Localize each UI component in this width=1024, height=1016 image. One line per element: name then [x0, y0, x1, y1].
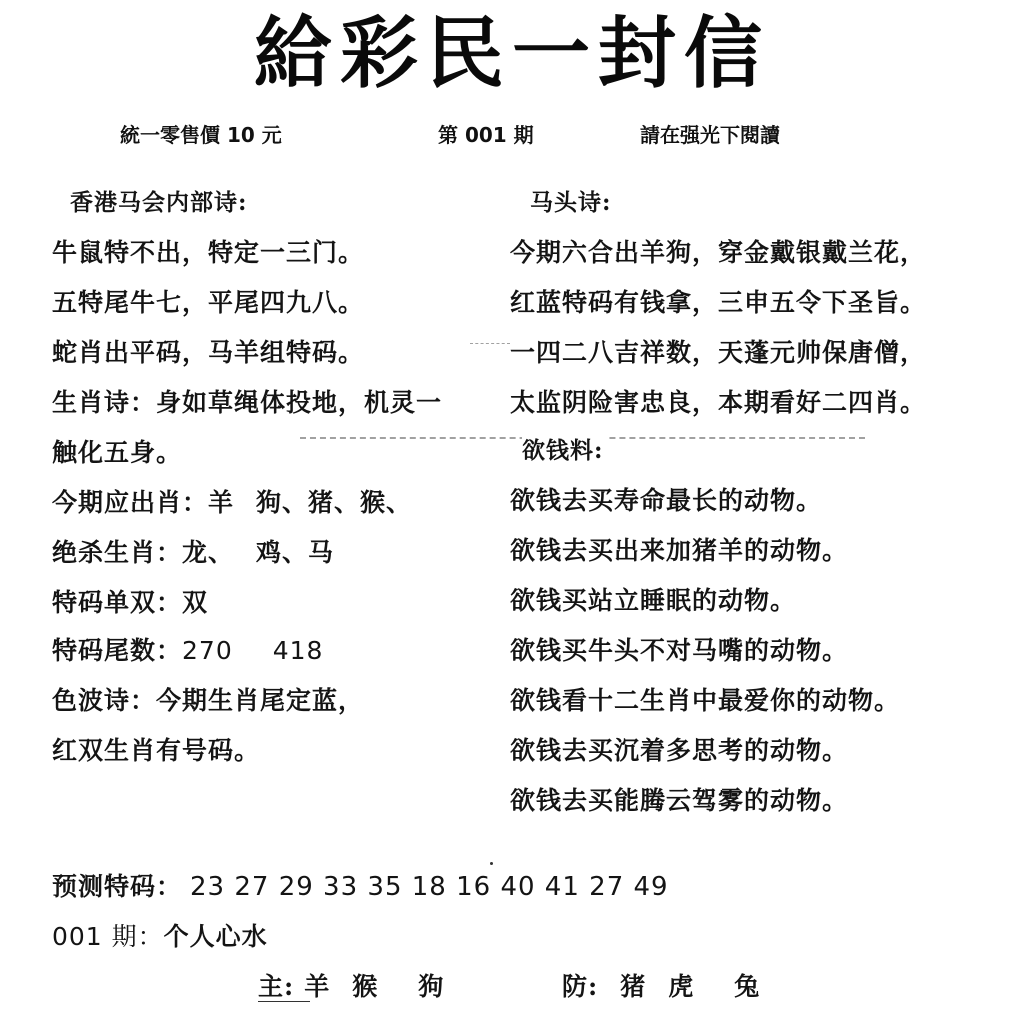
defend-pick-row: 防:猪虎兔	[562, 970, 760, 1004]
expected-zodiac-label: 今期应出肖：	[52, 488, 208, 517]
left-heading: 香港马会内部诗:	[70, 186, 248, 220]
riddle-line: 欲钱买牛头不对马嘴的动物。	[510, 634, 848, 668]
right-poem-line: 今期六合出羊狗，穿金戴银戴兰花，	[510, 236, 926, 270]
main-pick-value: 羊	[304, 972, 330, 1001]
issue-pick-row: 001 期：个人心水	[52, 920, 268, 954]
price-label: 統一零售價 10 元	[120, 120, 282, 150]
riddle-line: 欲钱看十二生肖中最爱你的动物。	[510, 684, 900, 718]
scan-artifact-line	[470, 343, 510, 344]
odd-even-row: 特码单双：双	[52, 586, 208, 620]
zodiac-poem-line1: 生肖诗：身如草绳体投地，机灵一	[52, 386, 442, 420]
riddle-line: 欲钱去买沉着多思考的动物。	[510, 734, 848, 768]
main-label-underline	[258, 1001, 310, 1002]
color-poem-label: 色波诗：	[52, 686, 156, 715]
main-pick-label: 主:	[258, 972, 294, 1001]
riddle-line: 欲钱去买能腾云驾雾的动物。	[510, 784, 848, 818]
odd-even-label: 特码单双：	[52, 588, 182, 617]
odd-even-value: 双	[182, 588, 208, 617]
tail-number-row: 特码尾数：270418	[52, 634, 323, 668]
color-poem-text: 今期生肖尾定蓝，	[156, 686, 364, 715]
right-heading: 马头诗:	[530, 186, 612, 220]
issue-pick-label: 001 期：	[52, 922, 164, 951]
tail-number-value: 270	[182, 636, 233, 665]
left-poem-line: 牛鼠特不出，特定一三门。	[52, 236, 364, 270]
page-title: 給彩民一封信	[0, 6, 1024, 102]
left-poem-line: 五特尾牛七，平尾四九八。	[52, 286, 364, 320]
zodiac-poem-text: 身如草绳体投地，机灵一	[156, 388, 442, 417]
defend-pick-label: 防:	[562, 972, 598, 1001]
main-pick-row: 主:羊猴狗	[258, 970, 444, 1004]
riddle-line: 欲钱去买出来加猪羊的动物。	[510, 534, 848, 568]
issue-number: 第 001 期	[438, 120, 534, 150]
riddle-heading: 欲钱料:	[522, 434, 608, 468]
zodiac-poem-line2: 触化五身。	[52, 436, 182, 470]
reading-notice: 請在强光下閱讀	[640, 120, 780, 150]
issue-pick-value: 个人心水	[164, 922, 268, 951]
right-poem-line: 红蓝特码有钱拿，三申五令下圣旨。	[510, 286, 926, 320]
tail-number-value: 418	[273, 636, 324, 665]
defend-pick-value: 兔	[734, 972, 760, 1001]
color-poem-line1: 色波诗：今期生肖尾定蓝，	[52, 684, 364, 718]
defend-pick-value: 虎	[668, 972, 694, 1001]
riddle-line: 欲钱买站立睡眠的动物。	[510, 584, 796, 618]
prediction-row: 预测特码：23 27 29 33 35 18 16 40 41 27 49	[52, 870, 669, 904]
tail-number-label: 特码尾数：	[52, 636, 182, 665]
defend-pick-value: 猪	[620, 972, 646, 1001]
killed-zodiac-label: 绝杀生肖：	[52, 538, 182, 567]
color-poem-line2: 红双生肖有号码。	[52, 734, 260, 768]
scan-artifact-dot	[490, 862, 493, 865]
prediction-numbers: 23 27 29 33 35 18 16 40 41 27 49	[190, 872, 669, 902]
killed-zodiac-value: 龙、	[182, 538, 234, 567]
right-poem-line: 太监阴险害忠良，本期看好二四肖。	[510, 386, 926, 420]
expected-zodiac-value: 羊	[208, 488, 234, 517]
expected-zodiac-row: 今期应出肖：羊狗、猪、猴、	[52, 486, 412, 520]
left-poem-line: 蛇肖出平码，马羊组特码。	[52, 336, 364, 370]
right-poem-line: 一四二八吉祥数，天蓬元帅保唐僧，	[510, 336, 926, 370]
expected-zodiac-value: 狗、猪、猴、	[256, 488, 412, 517]
zodiac-poem-label: 生肖诗：	[52, 388, 156, 417]
killed-zodiac-row: 绝杀生肖：龙、鸡、马	[52, 536, 334, 570]
main-pick-value: 狗	[418, 972, 444, 1001]
killed-zodiac-value: 鸡、马	[256, 538, 334, 567]
main-pick-value: 猴	[352, 972, 378, 1001]
prediction-label: 预测特码：	[52, 872, 182, 901]
riddle-line: 欲钱去买寿命最长的动物。	[510, 484, 822, 518]
